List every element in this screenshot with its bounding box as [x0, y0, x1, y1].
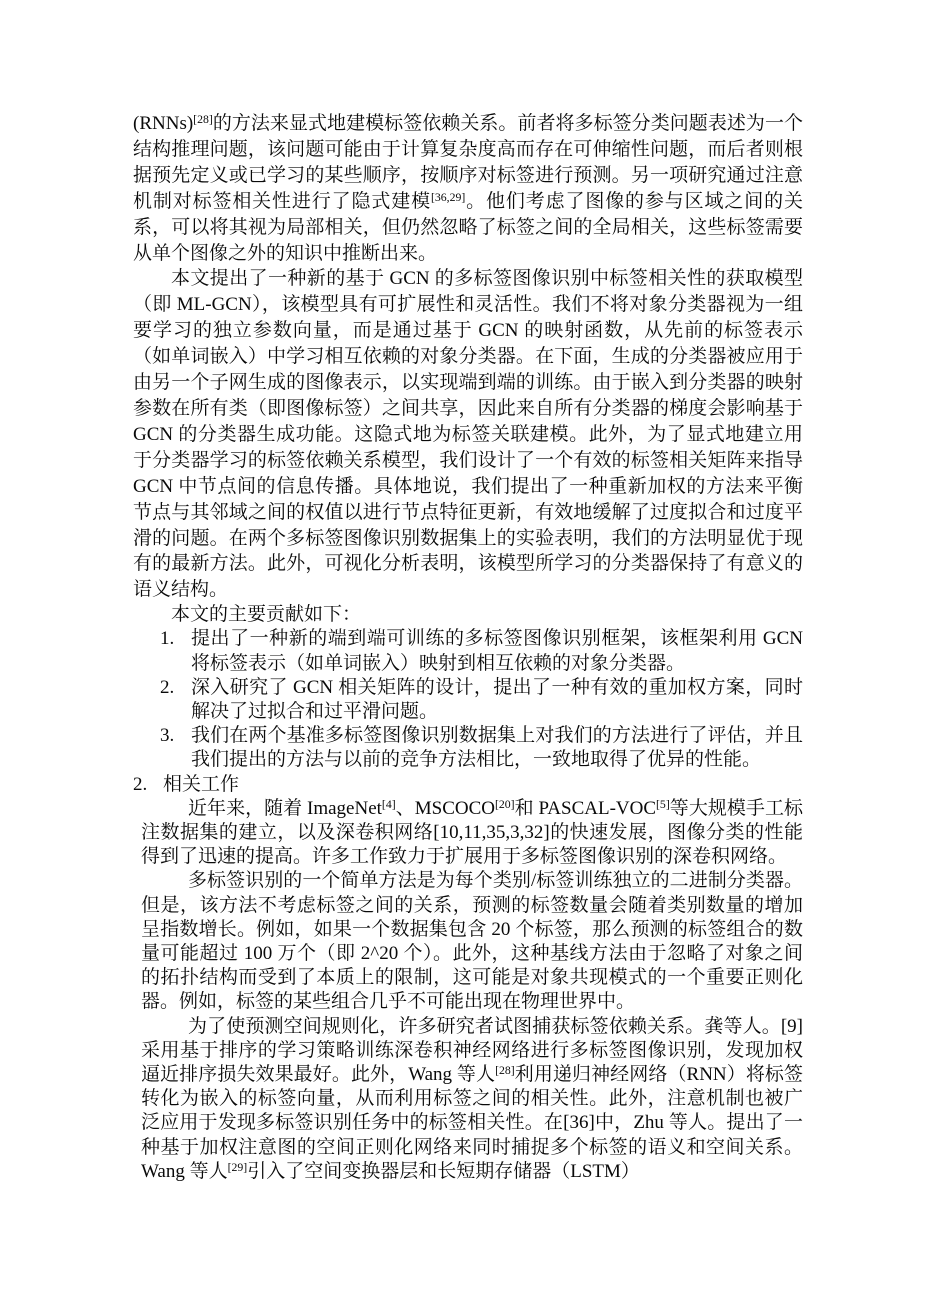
- section-title: 相关工作: [163, 773, 803, 797]
- citation-ref: [4]: [382, 798, 396, 811]
- contribution-item-3: 3.我们在两个基准多标签图像识别数据集上对我们的方法进行了评估，并且我们提出的方…: [160, 724, 803, 772]
- document-page: (RNNs)[28]的方法来显式地建模标签依赖关系。前者将多标签分类问题表述为一…: [0, 0, 926, 1309]
- list-item-text: 深入研究了 GCN 相关矩阵的设计，提出了一种有效的重加权方案，同时解决了过拟合…: [191, 676, 803, 724]
- citation-ref: [29]: [228, 1161, 248, 1174]
- related-work-paragraph-label-dependency-methods: 为了使预测空间规则化，许多研究者试图捕获标签依赖关系。龚等人。[9] 采用基于排…: [141, 1015, 803, 1184]
- citation-ref: [20]: [495, 798, 515, 811]
- contribution-item-2: 2.深入研究了 GCN 相关矩阵的设计，提出了一种有效的重加权方案，同时解决了过…: [160, 676, 803, 724]
- related-work-paragraph-datasets: 近年来，随着 ImageNet[4]、MSCOCO[20]和 PASCAL-VO…: [141, 797, 803, 870]
- citation-ref: [28]: [193, 113, 213, 126]
- list-item-number: 2.: [160, 676, 191, 724]
- citation-ref: [36,29]: [431, 191, 465, 204]
- related-work-paragraph-binary-classifiers: 多标签识别的一个简单方法是为每个类别/标签训练独立的二进制分类器。但是，该方法不…: [141, 869, 803, 1014]
- citation-ref: [28]: [495, 1064, 515, 1077]
- section-heading-related-work: 2.相关工作: [133, 773, 803, 797]
- document-body: (RNNs)[28]的方法来显式地建模标签依赖关系。前者将多标签分类问题表述为一…: [133, 111, 803, 1184]
- section-number: 2.: [133, 773, 163, 797]
- paragraph-label-dependency: (RNNs)[28]的方法来显式地建模标签依赖关系。前者将多标签分类问题表述为一…: [133, 111, 803, 266]
- list-item-number: 1.: [160, 627, 191, 675]
- contribution-item-1: 1.提出了一种新的端到端可训练的多标签图像识别框架，该框架利用 GCN 将标签表…: [160, 627, 803, 675]
- list-item-number: 3.: [160, 724, 191, 772]
- list-item-text: 提出了一种新的端到端可训练的多标签图像识别框架，该框架利用 GCN 将标签表示（…: [191, 627, 803, 675]
- list-item-text: 我们在两个基准多标签图像识别数据集上对我们的方法进行了评估，并且我们提出的方法与…: [191, 724, 803, 772]
- contributions-intro: 本文的主要贡献如下：: [133, 603, 803, 627]
- paragraph-mlgcn-overview: 本文提出了一种新的基于 GCN 的多标签图像识别中标签相关性的获取模型（即 ML…: [133, 266, 803, 603]
- citation-ref: [5]: [656, 798, 670, 811]
